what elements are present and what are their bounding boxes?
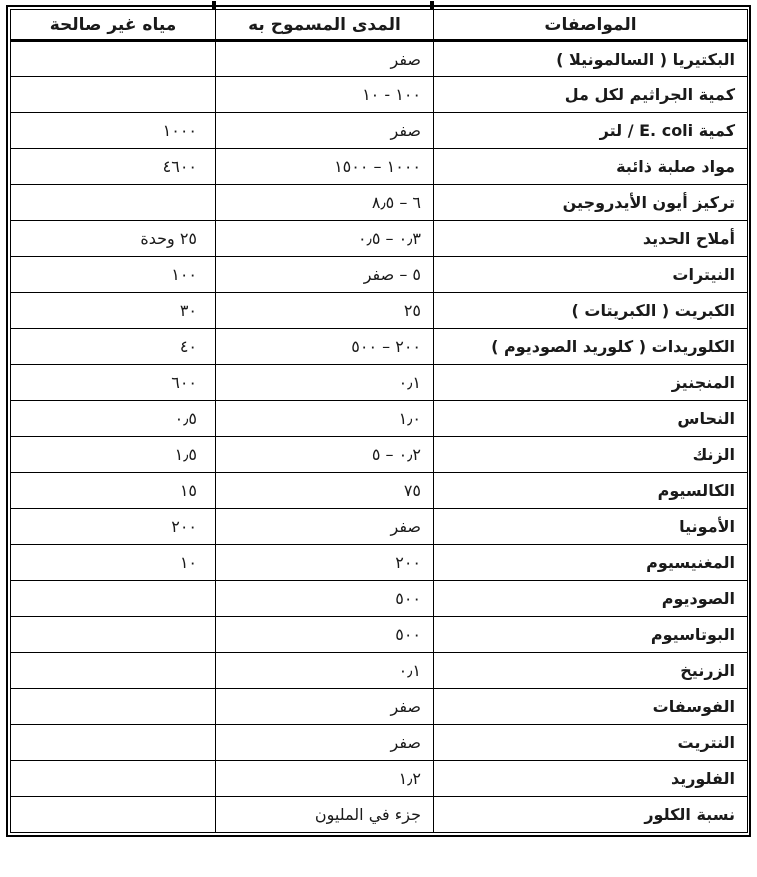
- unsuitable-water-cell: ٢٥ وحدة: [11, 221, 216, 257]
- unsuitable-water-cell: [11, 761, 216, 797]
- divider-tick-icon: [430, 1, 434, 10]
- table-row: الأمونياصفر٢٠٠: [11, 509, 748, 545]
- allowed-range-cell: ١٫٠: [216, 401, 434, 437]
- allowed-range-cell: ٠٫٣ – ٠٫٥: [216, 221, 434, 257]
- unsuitable-water-cell: ١٠: [11, 545, 216, 581]
- allowed-range-cell: صفر: [216, 689, 434, 725]
- table-frame: المواصفات المدى المسموح به مياه غير صالح…: [6, 5, 751, 837]
- unsuitable-water-cell: ٤٠: [11, 329, 216, 365]
- table-body: البكتيريا ( السالمونيلا )صفركمية الجراثي…: [11, 41, 748, 833]
- allowed-range-cell: صفر: [216, 41, 434, 77]
- allowed-range-cell: ١٠٠ - ١٠: [216, 77, 434, 113]
- table-row: المغنيسيوم٢٠٠١٠: [11, 545, 748, 581]
- allowed-range-cell: ٠٫٢ – ٥: [216, 437, 434, 473]
- specification-cell: الفوسفات: [434, 689, 748, 725]
- allowed-range-cell: ٥٠٠: [216, 617, 434, 653]
- table-row: الزنك٠٫٢ – ٥١٫٥: [11, 437, 748, 473]
- specification-cell: تركيز أيون الأيدروجين: [434, 185, 748, 221]
- allowed-range-cell: ٥ – صفر: [216, 257, 434, 293]
- col-header-unsuitable-water: مياه غير صالحة: [11, 10, 216, 41]
- allowed-range-cell: ٧٥: [216, 473, 434, 509]
- document-page: المواصفات المدى المسموح به مياه غير صالح…: [0, 0, 757, 877]
- specification-cell: مواد صلبة ذائبة: [434, 149, 748, 185]
- specification-cell: الكبريت ( الكبريتات ): [434, 293, 748, 329]
- allowed-range-cell: ٦ – ٨٫٥: [216, 185, 434, 221]
- unsuitable-water-cell: [11, 185, 216, 221]
- unsuitable-water-cell: ٢٠٠: [11, 509, 216, 545]
- table-row: النتريتصفر: [11, 725, 748, 761]
- unsuitable-water-cell: [11, 689, 216, 725]
- unsuitable-water-cell: ١٠٠: [11, 257, 216, 293]
- divider-tick-icon: [212, 1, 216, 10]
- table-row: الكلوريدات ( كلوريد الصوديوم )٢٠٠ – ٥٠٠٤…: [11, 329, 748, 365]
- specification-cell: الفلوريد: [434, 761, 748, 797]
- specification-cell: الزنك: [434, 437, 748, 473]
- table-row: تركيز أيون الأيدروجين٦ – ٨٫٥: [11, 185, 748, 221]
- specification-cell: الزرنيخ: [434, 653, 748, 689]
- unsuitable-water-cell: [11, 797, 216, 833]
- unsuitable-water-cell: [11, 653, 216, 689]
- specification-cell: كمية E. coli / لتر: [434, 113, 748, 149]
- specification-cell: المغنيسيوم: [434, 545, 748, 581]
- allowed-range-cell: ٥٠٠: [216, 581, 434, 617]
- table-row: البكتيريا ( السالمونيلا )صفر: [11, 41, 748, 77]
- specification-cell: أملاح الحديد: [434, 221, 748, 257]
- allowed-range-cell: صفر: [216, 113, 434, 149]
- table-row: الكبريت ( الكبريتات )٢٥٣٠: [11, 293, 748, 329]
- specification-cell: نسبة الكلور: [434, 797, 748, 833]
- specification-cell: النتريت: [434, 725, 748, 761]
- unsuitable-water-cell: [11, 725, 216, 761]
- specification-cell: البكتيريا ( السالمونيلا ): [434, 41, 748, 77]
- specification-cell: الصوديوم: [434, 581, 748, 617]
- unsuitable-water-cell: ١٫٥: [11, 437, 216, 473]
- specification-cell: الكالسيوم: [434, 473, 748, 509]
- unsuitable-water-cell: ٤٦٠٠: [11, 149, 216, 185]
- unsuitable-water-cell: ٠٫٥: [11, 401, 216, 437]
- table-row: الصوديوم٥٠٠: [11, 581, 748, 617]
- unsuitable-water-cell: [11, 581, 216, 617]
- allowed-range-cell: ٠٫١: [216, 365, 434, 401]
- table-row: البوتاسيوم٥٠٠: [11, 617, 748, 653]
- allowed-range-cell: ١٫٢: [216, 761, 434, 797]
- table-row: المنجنيز٠٫١٦٠٠: [11, 365, 748, 401]
- table-row: النحاس١٫٠٠٫٥: [11, 401, 748, 437]
- allowed-range-cell: ٠٫١: [216, 653, 434, 689]
- allowed-range-cell: ١٠٠٠ – ١٥٠٠: [216, 149, 434, 185]
- specification-cell: النيترات: [434, 257, 748, 293]
- allowed-range-cell: ٢٥: [216, 293, 434, 329]
- allowed-range-cell: صفر: [216, 725, 434, 761]
- unsuitable-water-cell: [11, 77, 216, 113]
- header-row: المواصفات المدى المسموح به مياه غير صالح…: [11, 10, 748, 41]
- table-row: كمية E. coli / لترصفر١٠٠٠: [11, 113, 748, 149]
- col-header-allowed-range: المدى المسموح به: [216, 10, 434, 41]
- specification-cell: الكلوريدات ( كلوريد الصوديوم ): [434, 329, 748, 365]
- table-row: النيترات٥ – صفر١٠٠: [11, 257, 748, 293]
- col-header-specifications: المواصفات: [434, 10, 748, 41]
- table-row: الزرنيخ٠٫١: [11, 653, 748, 689]
- table-row: نسبة الكلورجزء في المليون: [11, 797, 748, 833]
- table-row: الكالسيوم٧٥١٥: [11, 473, 748, 509]
- allowed-range-cell: ٢٠٠ – ٥٠٠: [216, 329, 434, 365]
- specification-cell: البوتاسيوم: [434, 617, 748, 653]
- table-row: أملاح الحديد٠٫٣ – ٠٫٥٢٥ وحدة: [11, 221, 748, 257]
- unsuitable-water-cell: ٣٠: [11, 293, 216, 329]
- unsuitable-water-cell: ١٥: [11, 473, 216, 509]
- unsuitable-water-cell: ١٠٠٠: [11, 113, 216, 149]
- allowed-range-cell: جزء في المليون: [216, 797, 434, 833]
- table-row: الفوسفاتصفر: [11, 689, 748, 725]
- water-quality-table: المواصفات المدى المسموح به مياه غير صالح…: [10, 9, 748, 833]
- allowed-range-cell: ٢٠٠: [216, 545, 434, 581]
- unsuitable-water-cell: ٦٠٠: [11, 365, 216, 401]
- unsuitable-water-cell: [11, 41, 216, 77]
- specification-cell: المنجنيز: [434, 365, 748, 401]
- specification-cell: كمية الجراثيم لكل مل: [434, 77, 748, 113]
- table-row: كمية الجراثيم لكل مل١٠٠ - ١٠: [11, 77, 748, 113]
- unsuitable-water-cell: [11, 617, 216, 653]
- specification-cell: النحاس: [434, 401, 748, 437]
- allowed-range-cell: صفر: [216, 509, 434, 545]
- specification-cell: الأمونيا: [434, 509, 748, 545]
- table-row: مواد صلبة ذائبة١٠٠٠ – ١٥٠٠٤٦٠٠: [11, 149, 748, 185]
- table-row: الفلوريد١٫٢: [11, 761, 748, 797]
